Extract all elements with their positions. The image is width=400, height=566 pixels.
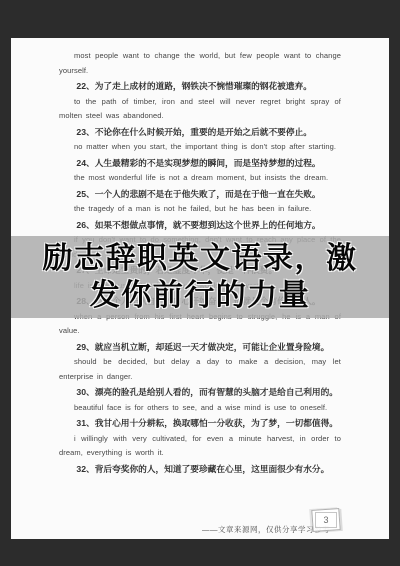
page-title: 励志辞职英文语录，激 发你前行的力量 xyxy=(43,240,358,314)
document-page: most people want to change the world, bu… xyxy=(0,0,400,566)
quote-paragraph: 26、如果不想做点事情，就不要想到达这个世界上的任何地方。 xyxy=(59,218,341,233)
quote-paragraph: 29、就应当机立断，却延迟一天才做决定，可能让企业置身险境。 xyxy=(59,340,341,355)
quote-paragraph: i willingly with very cultivated, for ev… xyxy=(59,432,341,461)
page-number-stamp: 3 xyxy=(311,508,340,532)
page-number: 3 xyxy=(315,512,337,528)
quote-paragraph: 23、不论你在什么时候开始，重要的是开始之后就不要停止。 xyxy=(59,125,341,140)
quote-paragraph: 24、人生最精彩的不是实现梦想的瞬间，而是坚持梦想的过程。 xyxy=(59,156,341,171)
quote-paragraph: beautiful face is for others to see, and… xyxy=(59,401,341,416)
frame-top-bar xyxy=(0,0,400,38)
page-title-line-2: 发你前行的力量 xyxy=(43,277,358,314)
quote-paragraph: the most wonderful life is not a dream m… xyxy=(59,171,341,186)
frame-bottom-bar xyxy=(0,539,400,566)
quote-paragraph: most people want to change the world, bu… xyxy=(59,49,341,78)
frame-left-bar xyxy=(0,0,11,566)
source-note: ——文章来源网，仅供分享学习参考 xyxy=(202,524,330,535)
quote-paragraph: 25、一个人的悲剧不是在于他失败了，而是在于他一直在失败。 xyxy=(59,187,341,202)
quote-paragraph: should be decided, but delay a day to ma… xyxy=(59,355,341,384)
quote-paragraph: the tragedy of a man is not he failed, b… xyxy=(59,202,341,217)
quote-paragraph: 31、我甘心用十分耕耘，换取哪怕一分收获，为了梦，一切都值得。 xyxy=(59,416,341,431)
quote-paragraph: 22、为了走上成材的道路，钢铁决不惋惜璀璨的钢花被遗弃。 xyxy=(59,79,341,94)
quote-paragraph: 30、漂亮的脸孔是给别人看的，而有智慧的头脑才是给自己利用的。 xyxy=(59,385,341,400)
frame-right-bar xyxy=(389,0,400,566)
quote-paragraph: to the path of timber, iron and steel wi… xyxy=(59,95,341,124)
page-title-line-1: 励志辞职英文语录，激 xyxy=(43,240,358,277)
quote-paragraph: 32、背后夸奖你的人，知道了要珍藏在心里，这里面很少有水分。 xyxy=(59,462,341,477)
quote-paragraph: no matter when you start, the important … xyxy=(59,140,341,155)
title-overlay-band: 励志辞职英文语录，激 发你前行的力量 xyxy=(0,236,400,318)
